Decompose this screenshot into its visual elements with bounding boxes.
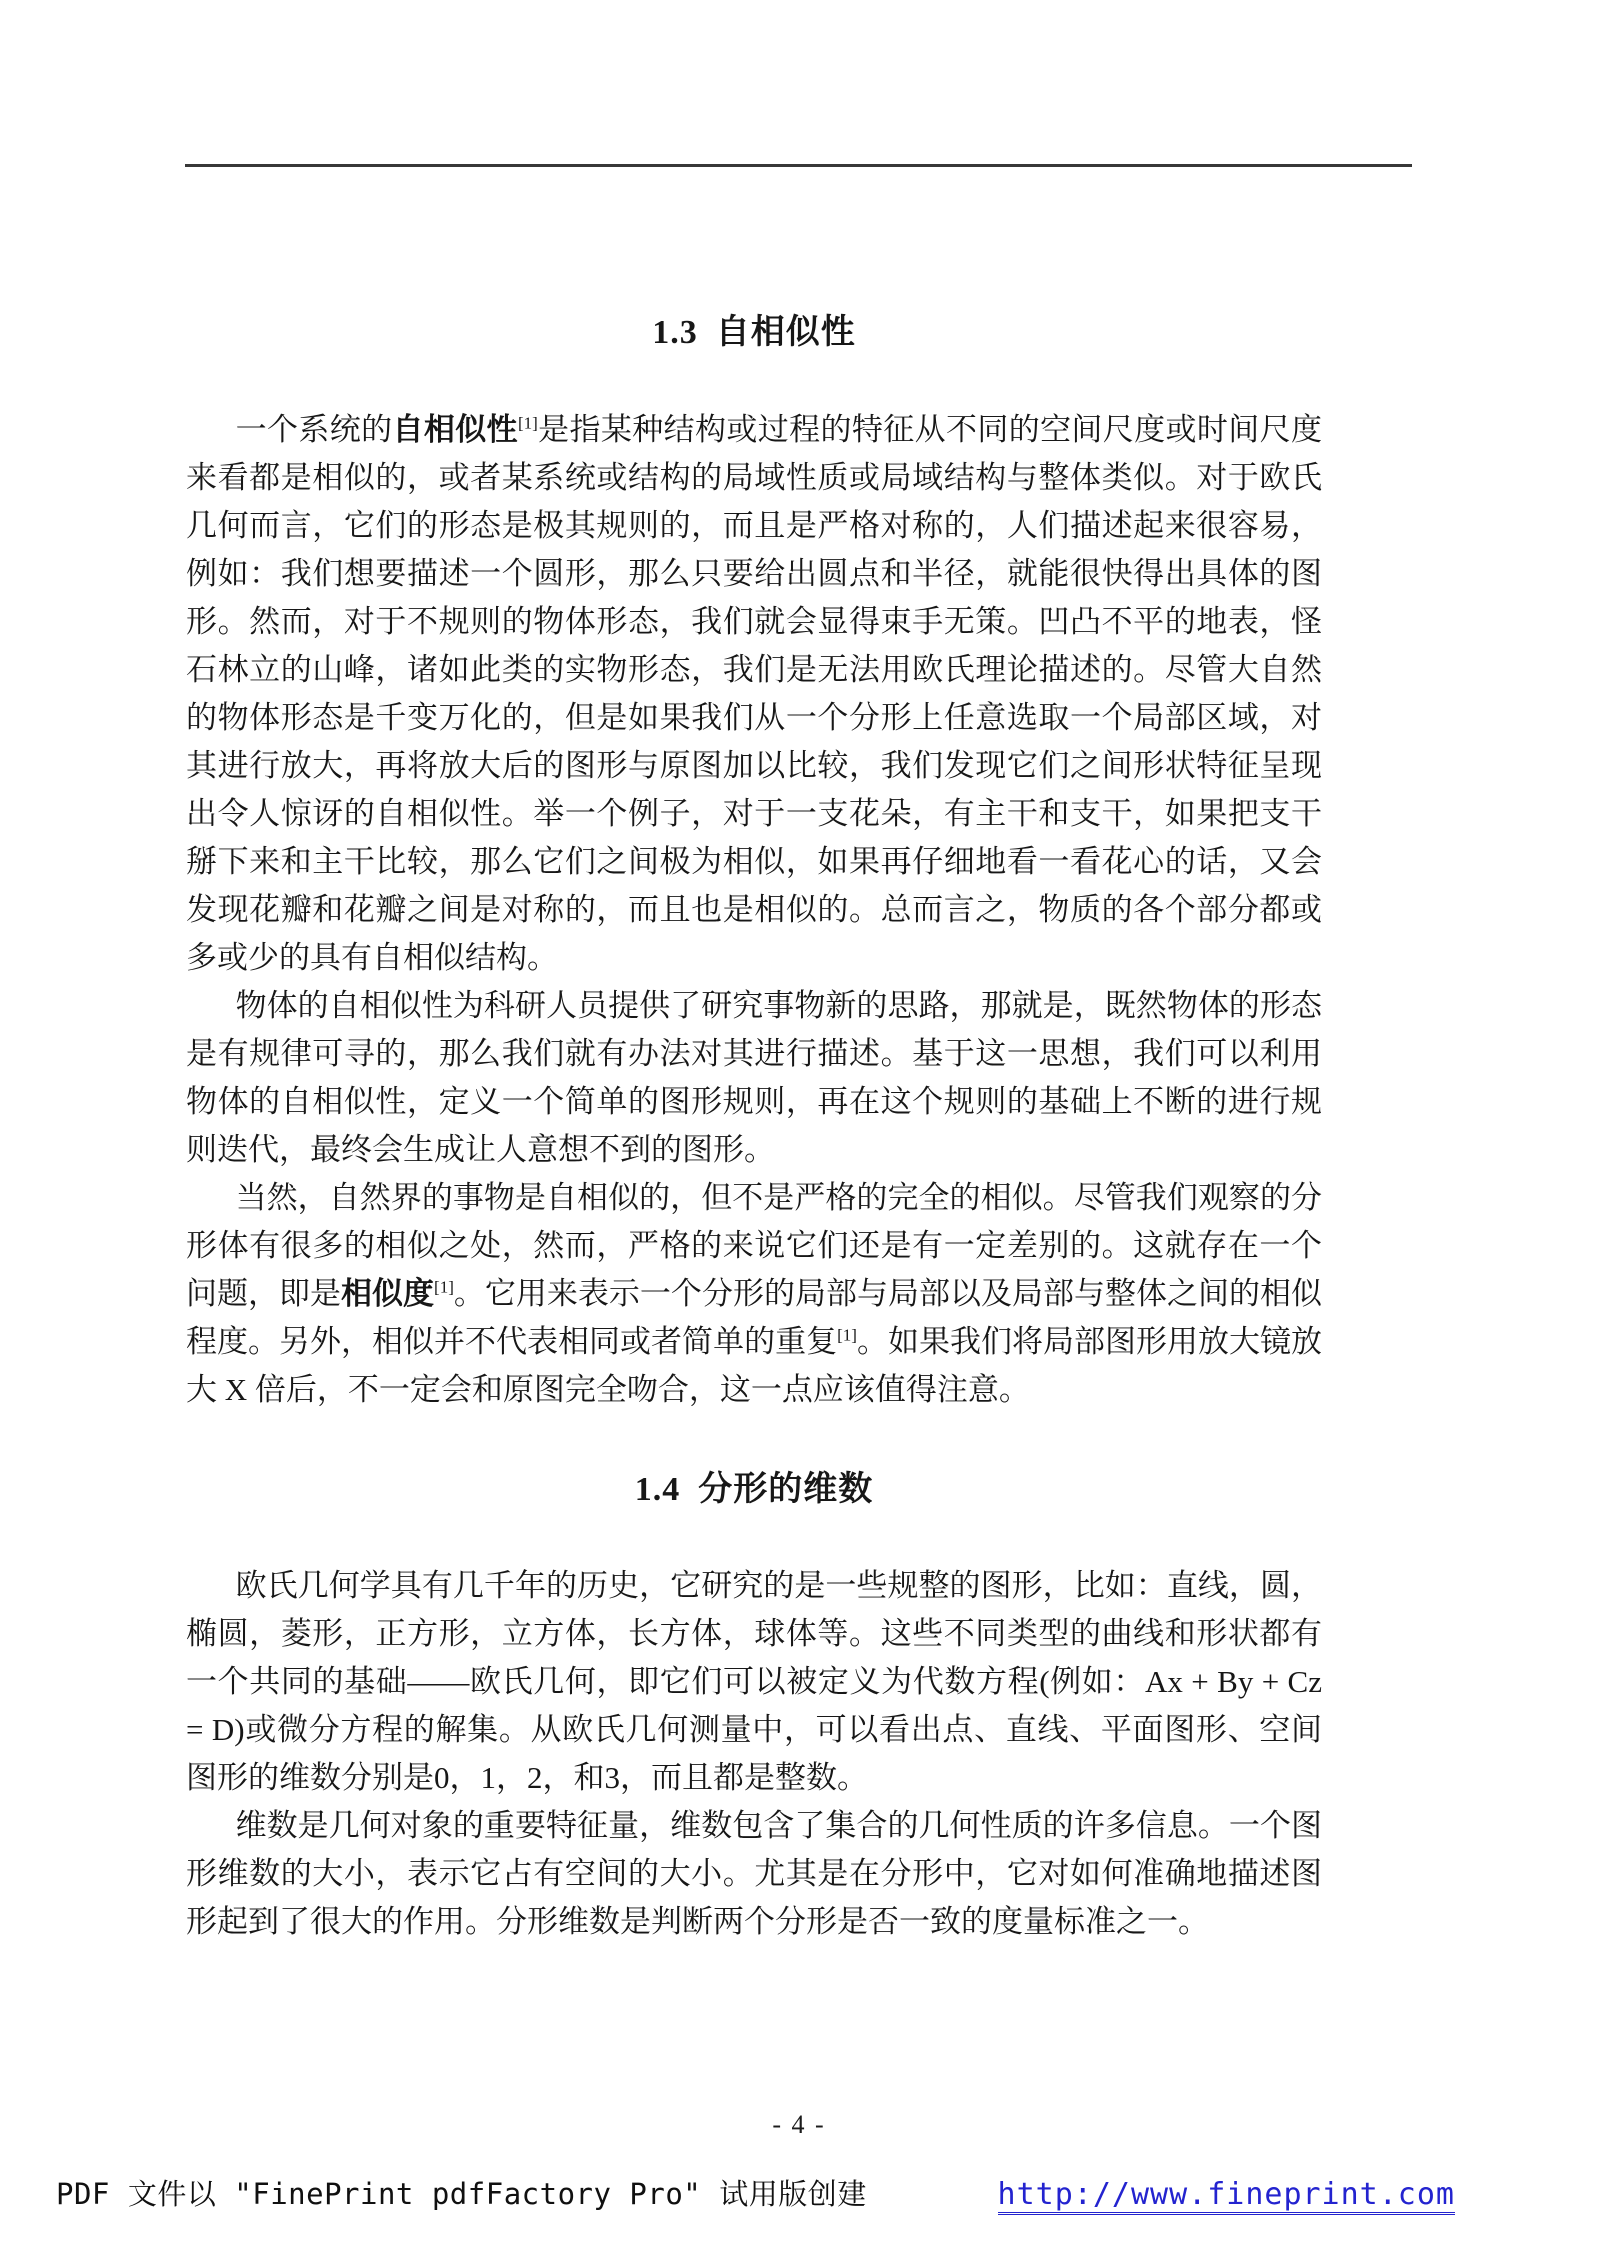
section-heading-1-3: 1.3自相似性 — [186, 311, 1322, 355]
para5-body: 维数是几何对象的重要特征量，维数包含了集合的几何性质的许多信息。一个图形维数的大… — [186, 1808, 1322, 1939]
section-1-3-number: 1.3 — [652, 314, 698, 351]
section-heading-1-4: 1.4分形的维数 — [186, 1468, 1322, 1512]
term-similarity-degree: 相似度 — [341, 1276, 434, 1311]
paragraph-research-idea: 物体的自相似性为科研人员提供了研究事物新的思路，那就是，既然物体的形态是有规律可… — [186, 982, 1322, 1174]
paragraph-dimension-importance: 维数是几何对象的重要特征量，维数包含了集合的几何性质的许多信息。一个图形维数的大… — [186, 1802, 1322, 1946]
para1-body: 是指某种结构或过程的特征从不同的空间尺度或时间尺度来看都是相似的，或者某系统或结… — [186, 412, 1322, 975]
paragraph-self-similarity-intro: 一个系统的自相似性[1]是指某种结构或过程的特征从不同的空间尺度或时间尺度来看都… — [186, 406, 1322, 982]
page-number: - 4 - — [0, 2110, 1598, 2140]
section-1-3-title: 自相似性 — [716, 314, 856, 351]
fineprint-trial-stamp: PDF 文件以 "FinePrint pdfFactory Pro" 试用版创建 — [56, 2172, 867, 2213]
para1-lead: 一个系统的 — [236, 412, 393, 447]
paragraph-euclidean-geometry: 欧氏几何学具有几千年的历史，它研究的是一些规整的图形，比如：直线，圆，椭圆，菱形… — [186, 1562, 1322, 1802]
fineprint-url-link[interactable]: http://www.fineprint.com — [998, 2177, 1455, 2215]
header-rule — [185, 164, 1412, 167]
footer: PDF 文件以 "FinePrint pdfFactory Pro" 试用版创建… — [56, 2172, 1455, 2215]
citation-ref-2: [1] — [434, 1278, 454, 1297]
paragraph-similarity-degree: 当然，自然界的事物是自相似的，但不是严格的完全的相似。尽管我们观察的分形体有很多… — [186, 1174, 1322, 1414]
para4-body: 欧氏几何学具有几千年的历史，它研究的是一些规整的图形，比如：直线，圆，椭圆，菱形… — [186, 1568, 1322, 1795]
citation-ref-3: [1] — [837, 1326, 857, 1345]
section-1-4-number: 1.4 — [635, 1471, 681, 1508]
document-page: 1.3自相似性 一个系统的自相似性[1]是指某种结构或过程的特征从不同的空间尺度… — [0, 0, 1598, 2246]
section-1-3-body: 一个系统的自相似性[1]是指某种结构或过程的特征从不同的空间尺度或时间尺度来看都… — [186, 406, 1322, 1414]
para2-body: 物体的自相似性为科研人员提供了研究事物新的思路，那就是，既然物体的形态是有规律可… — [186, 988, 1322, 1167]
section-1-4-title: 分形的维数 — [698, 1471, 873, 1508]
citation-ref-1: [1] — [518, 414, 538, 433]
term-self-similarity: 自相似性 — [392, 412, 517, 447]
section-1-4-body: 欧氏几何学具有几千年的历史，它研究的是一些规整的图形，比如：直线，圆，椭圆，菱形… — [186, 1562, 1322, 1946]
